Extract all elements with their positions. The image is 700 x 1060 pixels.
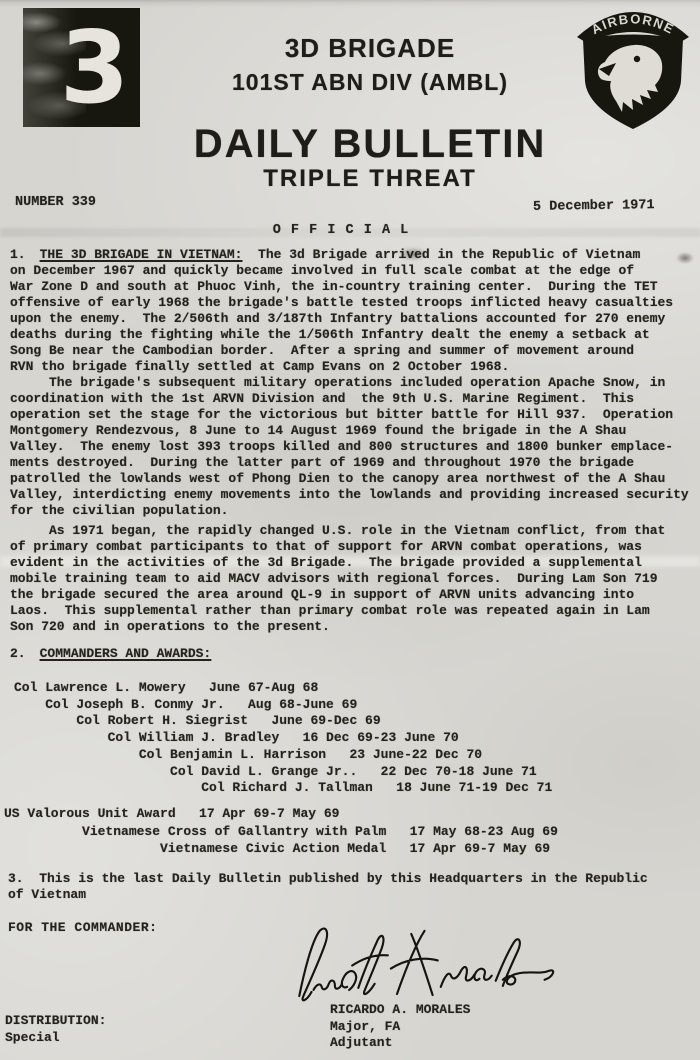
- section-1-paragraph-3: As 1971 began, the rapidly changed U.S. …: [10, 523, 665, 635]
- section-1-paragraph-1: 1.THE 3D BRIGADE IN VIETNAM: The 3d Brig…: [10, 247, 673, 375]
- awards-list: US Valorous Unit Award 17 Apr 69-7 May 6…: [4, 805, 558, 858]
- section-2-heading: COMMANDERS AND AWARDS:: [40, 646, 212, 661]
- badge-number: 3: [23, 12, 140, 124]
- section-1-heading: THE 3D BRIGADE IN VIETNAM:: [40, 247, 243, 262]
- brigade-3-badge: 3: [23, 8, 140, 127]
- eagle-eye: [634, 56, 640, 62]
- section-2-heading-row: 2.COMMANDERS AND AWARDS:: [10, 646, 211, 662]
- unit-name-line1: 3D BRIGADE: [170, 33, 570, 64]
- section-1-paragraph-1-firstline: The 3d Brigade arrived in the Republic o…: [242, 247, 640, 262]
- section-1-paragraph-2: The brigade's subsequent military operat…: [10, 375, 689, 519]
- bulletin-subtitle: TRIPLE THREAT: [170, 165, 570, 193]
- signed-name: RICARDO A. MORALES: [330, 1002, 470, 1017]
- commanders-list: Col Lawrence L. Mowery June 67-Aug 68 Co…: [14, 680, 552, 797]
- signed-title: Adjutant: [330, 1035, 392, 1050]
- patch-tab-label: AIRBORNE: [589, 11, 677, 37]
- distribution-value: Special: [5, 1030, 60, 1045]
- airborne-tab-text: AIRBORNE: [589, 11, 677, 37]
- signature-block: RICARDO A. MORALES Major, FA Adjutant: [330, 1002, 470, 1052]
- airborne-eagle-patch: AIRBORNE: [573, 3, 693, 133]
- document-page: 3 AIRBORNE 3D BRIGADE 101ST ABN DIV (AMB…: [0, 0, 700, 1060]
- distribution-block: DISTRIBUTION: Special: [5, 1013, 106, 1046]
- distribution-label: DISTRIBUTION:: [5, 1013, 106, 1028]
- unit-name-line2: 101ST ABN DIV (AMBL): [170, 69, 570, 96]
- official-label: O F F I C I A L: [41, 223, 641, 239]
- bulletin-date: 5 December 1971: [533, 198, 655, 216]
- section-1-paragraph-1-body: on December 1967 and quickly became invo…: [10, 263, 673, 374]
- section-3-paragraph: 3. This is the last Daily Bulletin publi…: [8, 871, 648, 903]
- signed-rank: Major, FA: [330, 1019, 400, 1034]
- section-1-number: 1.: [10, 247, 26, 262]
- bulletin-number: NUMBER 339: [15, 195, 96, 211]
- for-the-commander-label: FOR THE COMMANDER:: [8, 920, 157, 936]
- section-2-number: 2.: [10, 646, 26, 661]
- signature: [283, 922, 568, 1007]
- ink-smudge: [676, 252, 694, 264]
- signature-stroke: [299, 929, 553, 1001]
- bulletin-title: DAILY BULLETIN: [170, 122, 570, 167]
